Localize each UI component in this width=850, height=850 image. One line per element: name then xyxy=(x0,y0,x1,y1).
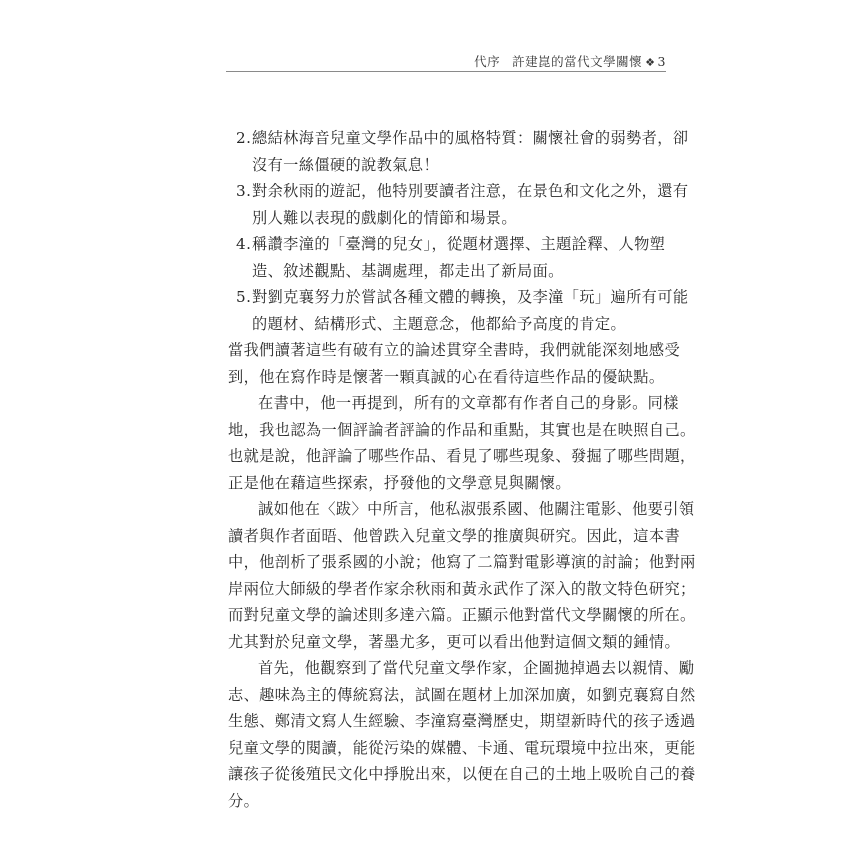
running-header-text: 代序許建崑的當代文學關懷❖3 xyxy=(474,52,666,70)
paragraph: 當我們讀著這些有破有立的論述貫穿全書時，我們就能深刻地感受 到，他在寫作時是懷著… xyxy=(228,337,668,390)
list-item: 3.對余秋雨的遊記，他特別要讀者注意，在景色和文化之外，還有 別人難以表現的戲劇… xyxy=(228,178,668,231)
paragraph-line: 讓孩子從後殖民文化中掙脫出來，以便在自己的土地上吸吮自己的養 xyxy=(228,761,668,788)
list-number: 4. xyxy=(236,231,252,258)
page-number: 3 xyxy=(658,54,666,69)
paragraph-line: 兒童文學的閱讀，能從污染的媒體、卡通、電玩環境中拉出來，更能 xyxy=(228,735,668,762)
paragraph-line: 志、趣味為主的傳統寫法，試圖在題材上加深加廣，如劉克襄寫自然 xyxy=(228,682,668,709)
list-number: 2. xyxy=(236,125,252,152)
list-number: 3. xyxy=(236,178,252,205)
paragraph-line: 中，他剖析了張系國的小說；他寫了二篇對電影導演的討論；他對兩 xyxy=(228,549,668,576)
list-text: 對余秋雨的遊記，他特別要讀者注意，在景色和文化之外，還有 xyxy=(252,182,688,200)
paragraph-line: 地，我也認為一個評論者評論的作品和重點，其實也是在映照自己。 xyxy=(228,417,668,444)
paragraph-line: 而對兒童文學的論述則多達六篇。正顯示他對當代文學關懷的所在。 xyxy=(228,602,668,629)
paragraph-line: 首先，他觀察到了當代兒童文學作家，企圖拋掉過去以親情、勵 xyxy=(228,655,668,682)
list-text: 沒有一絲僵硬的說教氣息！ xyxy=(228,152,668,179)
list-text: 造、敘述觀點、基調處理，都走出了新局面。 xyxy=(228,258,668,285)
paragraph-line: 生態、鄭清文寫人生經驗、李潼寫臺灣歷史，期望新時代的孩子透過 xyxy=(228,708,668,735)
list-text: 稱讚李潼的「臺灣的兒女」，從題材選擇、主題詮釋、人物塑 xyxy=(252,235,665,253)
diamond-ornament-icon: ❖ xyxy=(645,56,655,69)
paragraph: 首先，他觀察到了當代兒童文學作家，企圖拋掉過去以親情、勵 志、趣味為主的傳統寫法… xyxy=(228,655,668,814)
list-item: 2.總結林海音兒童文學作品中的風格特質：關懷社會的弱勢者，卻 沒有一絲僵硬的說教… xyxy=(228,125,668,178)
running-header: 代序許建崑的當代文學關懷❖3 xyxy=(226,50,666,72)
page-body: 2.總結林海音兒童文學作品中的風格特質：關懷社會的弱勢者，卻 沒有一絲僵硬的說教… xyxy=(228,125,668,814)
paragraph-line: 在書中，他一再提到，所有的文章都有作者自己的身影。同樣 xyxy=(228,390,668,417)
numbered-list: 2.總結林海音兒童文學作品中的風格特質：關懷社會的弱勢者，卻 沒有一絲僵硬的說教… xyxy=(228,125,668,337)
paragraph-line: 分。 xyxy=(228,788,668,815)
header-section-label: 代序 xyxy=(474,54,500,69)
paragraph-line: 正是他在藉這些探索，抒發他的文學意見與關懷。 xyxy=(228,470,668,497)
header-chapter-title: 許建崑的當代文學關懷 xyxy=(512,54,642,69)
paragraph-line: 也就是說，他評論了哪些作品、看見了哪些現象、發掘了哪些問題， xyxy=(228,443,668,470)
list-number: 5. xyxy=(236,284,252,311)
paragraph: 誠如他在〈跋〉中所言，他私淑張系國、他關注電影、他要引領 讀者與作者面晤、他曾跌… xyxy=(228,496,668,655)
list-text: 對劉克襄努力於嘗試各種文體的轉換，及李潼「玩」遍所有可能 xyxy=(252,288,688,306)
list-item: 4.稱讚李潼的「臺灣的兒女」，從題材選擇、主題詮釋、人物塑 造、敘述觀點、基調處… xyxy=(228,231,668,284)
paragraph-line: 到，他在寫作時是懷著一顆真誠的心在看待這些作品的優缺點。 xyxy=(228,364,668,391)
paragraph-line: 誠如他在〈跋〉中所言，他私淑張系國、他關注電影、他要引領 xyxy=(228,496,668,523)
paragraph-line: 尤其對於兒童文學，著墨尤多，更可以看出他對這個文類的鍾情。 xyxy=(228,629,668,656)
list-text: 總結林海音兒童文學作品中的風格特質：關懷社會的弱勢者，卻 xyxy=(252,129,688,147)
paragraph-line: 讀者與作者面晤、他曾跌入兒童文學的推廣與研究。因此，這本書 xyxy=(228,523,668,550)
list-text: 別人難以表現的戲劇化的情節和場景。 xyxy=(228,205,668,232)
list-text: 的題材、結構形式、主題意念，他都給予高度的肯定。 xyxy=(228,311,668,338)
paragraph-line: 岸兩位大師級的學者作家余秋雨和黃永武作了深入的散文特色研究； xyxy=(228,576,668,603)
list-item: 5.對劉克襄努力於嘗試各種文體的轉換，及李潼「玩」遍所有可能 的題材、結構形式、… xyxy=(228,284,668,337)
paragraph-line: 當我們讀著這些有破有立的論述貫穿全書時，我們就能深刻地感受 xyxy=(228,337,668,364)
paragraph: 在書中，他一再提到，所有的文章都有作者自己的身影。同樣 地，我也認為一個評論者評… xyxy=(228,390,668,496)
